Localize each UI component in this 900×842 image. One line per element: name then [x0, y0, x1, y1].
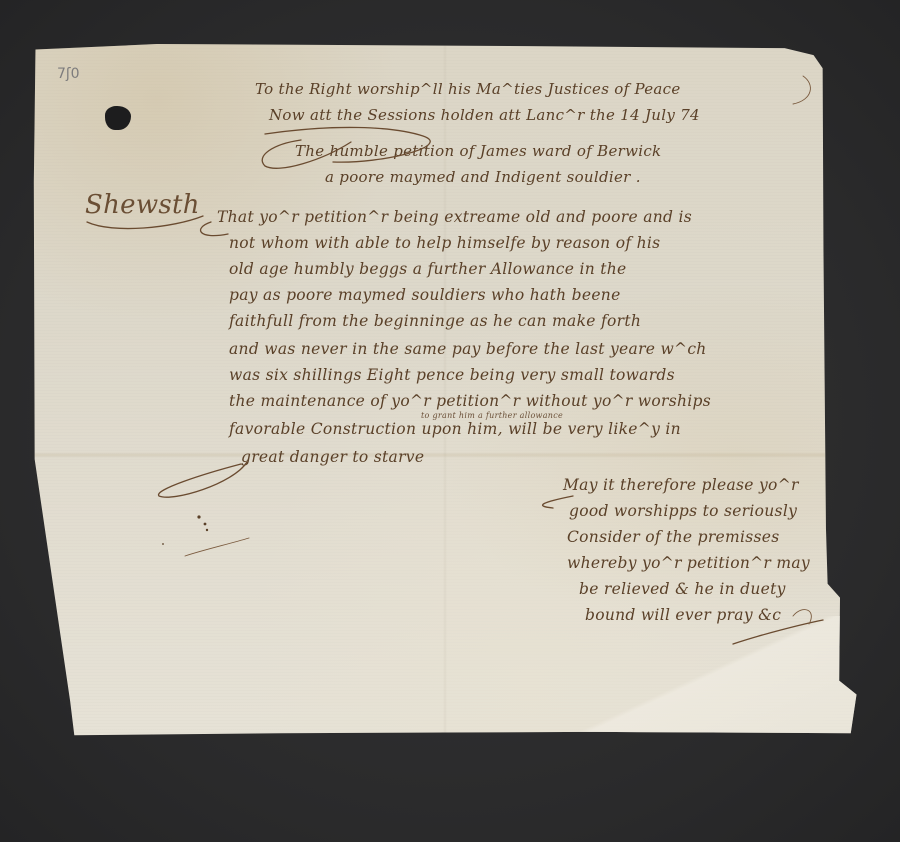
prayer-line-3: Consider of the premisses	[567, 528, 780, 546]
prayer-line-6: bound will ever pray &c	[585, 606, 781, 624]
address-line-1: To the Right worship^ll his Ma^ties Just…	[255, 80, 681, 98]
body-line-6: and was never in the same pay before the…	[229, 340, 707, 358]
scan-background: 7ʃ0 To the Right worship^ll his Ma^ties …	[0, 0, 900, 842]
prayer-line-5: be relieved & he in duety	[579, 580, 786, 598]
body-line-3: old age humbly beggs a further Allowance…	[229, 260, 627, 278]
body-line-7: was six shillings Eight pence being very…	[229, 366, 675, 384]
petitioner-heading-2: a poore maymed and Indigent souldier .	[325, 168, 641, 186]
body-line-8: the maintenance of yo^r petition^r witho…	[229, 392, 711, 410]
folio-pencil-mark: 7ʃ0	[57, 66, 80, 82]
body-line-4: pay as poore maymed souldiers who hath b…	[229, 286, 621, 304]
paper-hole	[105, 106, 131, 130]
body-line-1: That yo^r petition^r being extreame old …	[217, 208, 692, 226]
body-line-2: not whom with able to help himselfe by r…	[229, 234, 660, 252]
body-line-5: faithfull from the beginninge as he can …	[229, 312, 641, 330]
body-line-9: favorable Construction upon him, will be…	[229, 420, 681, 438]
address-line-2: Now att the Sessions holden att Lanc^r t…	[269, 106, 700, 124]
folded-corner	[559, 616, 859, 736]
prayer-line-1: May it therefore please yo^r	[563, 476, 799, 494]
body-line-10: great danger to starve	[241, 448, 424, 466]
prayer-line-2: good worshipps to seriously	[569, 502, 797, 520]
salutation-shewsth: Shewsth	[85, 190, 200, 220]
prayer-line-4: whereby yo^r petition^r may	[567, 554, 810, 572]
petitioner-heading-1: The humble petition of James ward of Ber…	[295, 142, 661, 160]
interlinear-insertion: to grant him a further allowance	[421, 411, 563, 420]
manuscript-page: 7ʃ0 To the Right worship^ll his Ma^ties …	[33, 44, 859, 736]
